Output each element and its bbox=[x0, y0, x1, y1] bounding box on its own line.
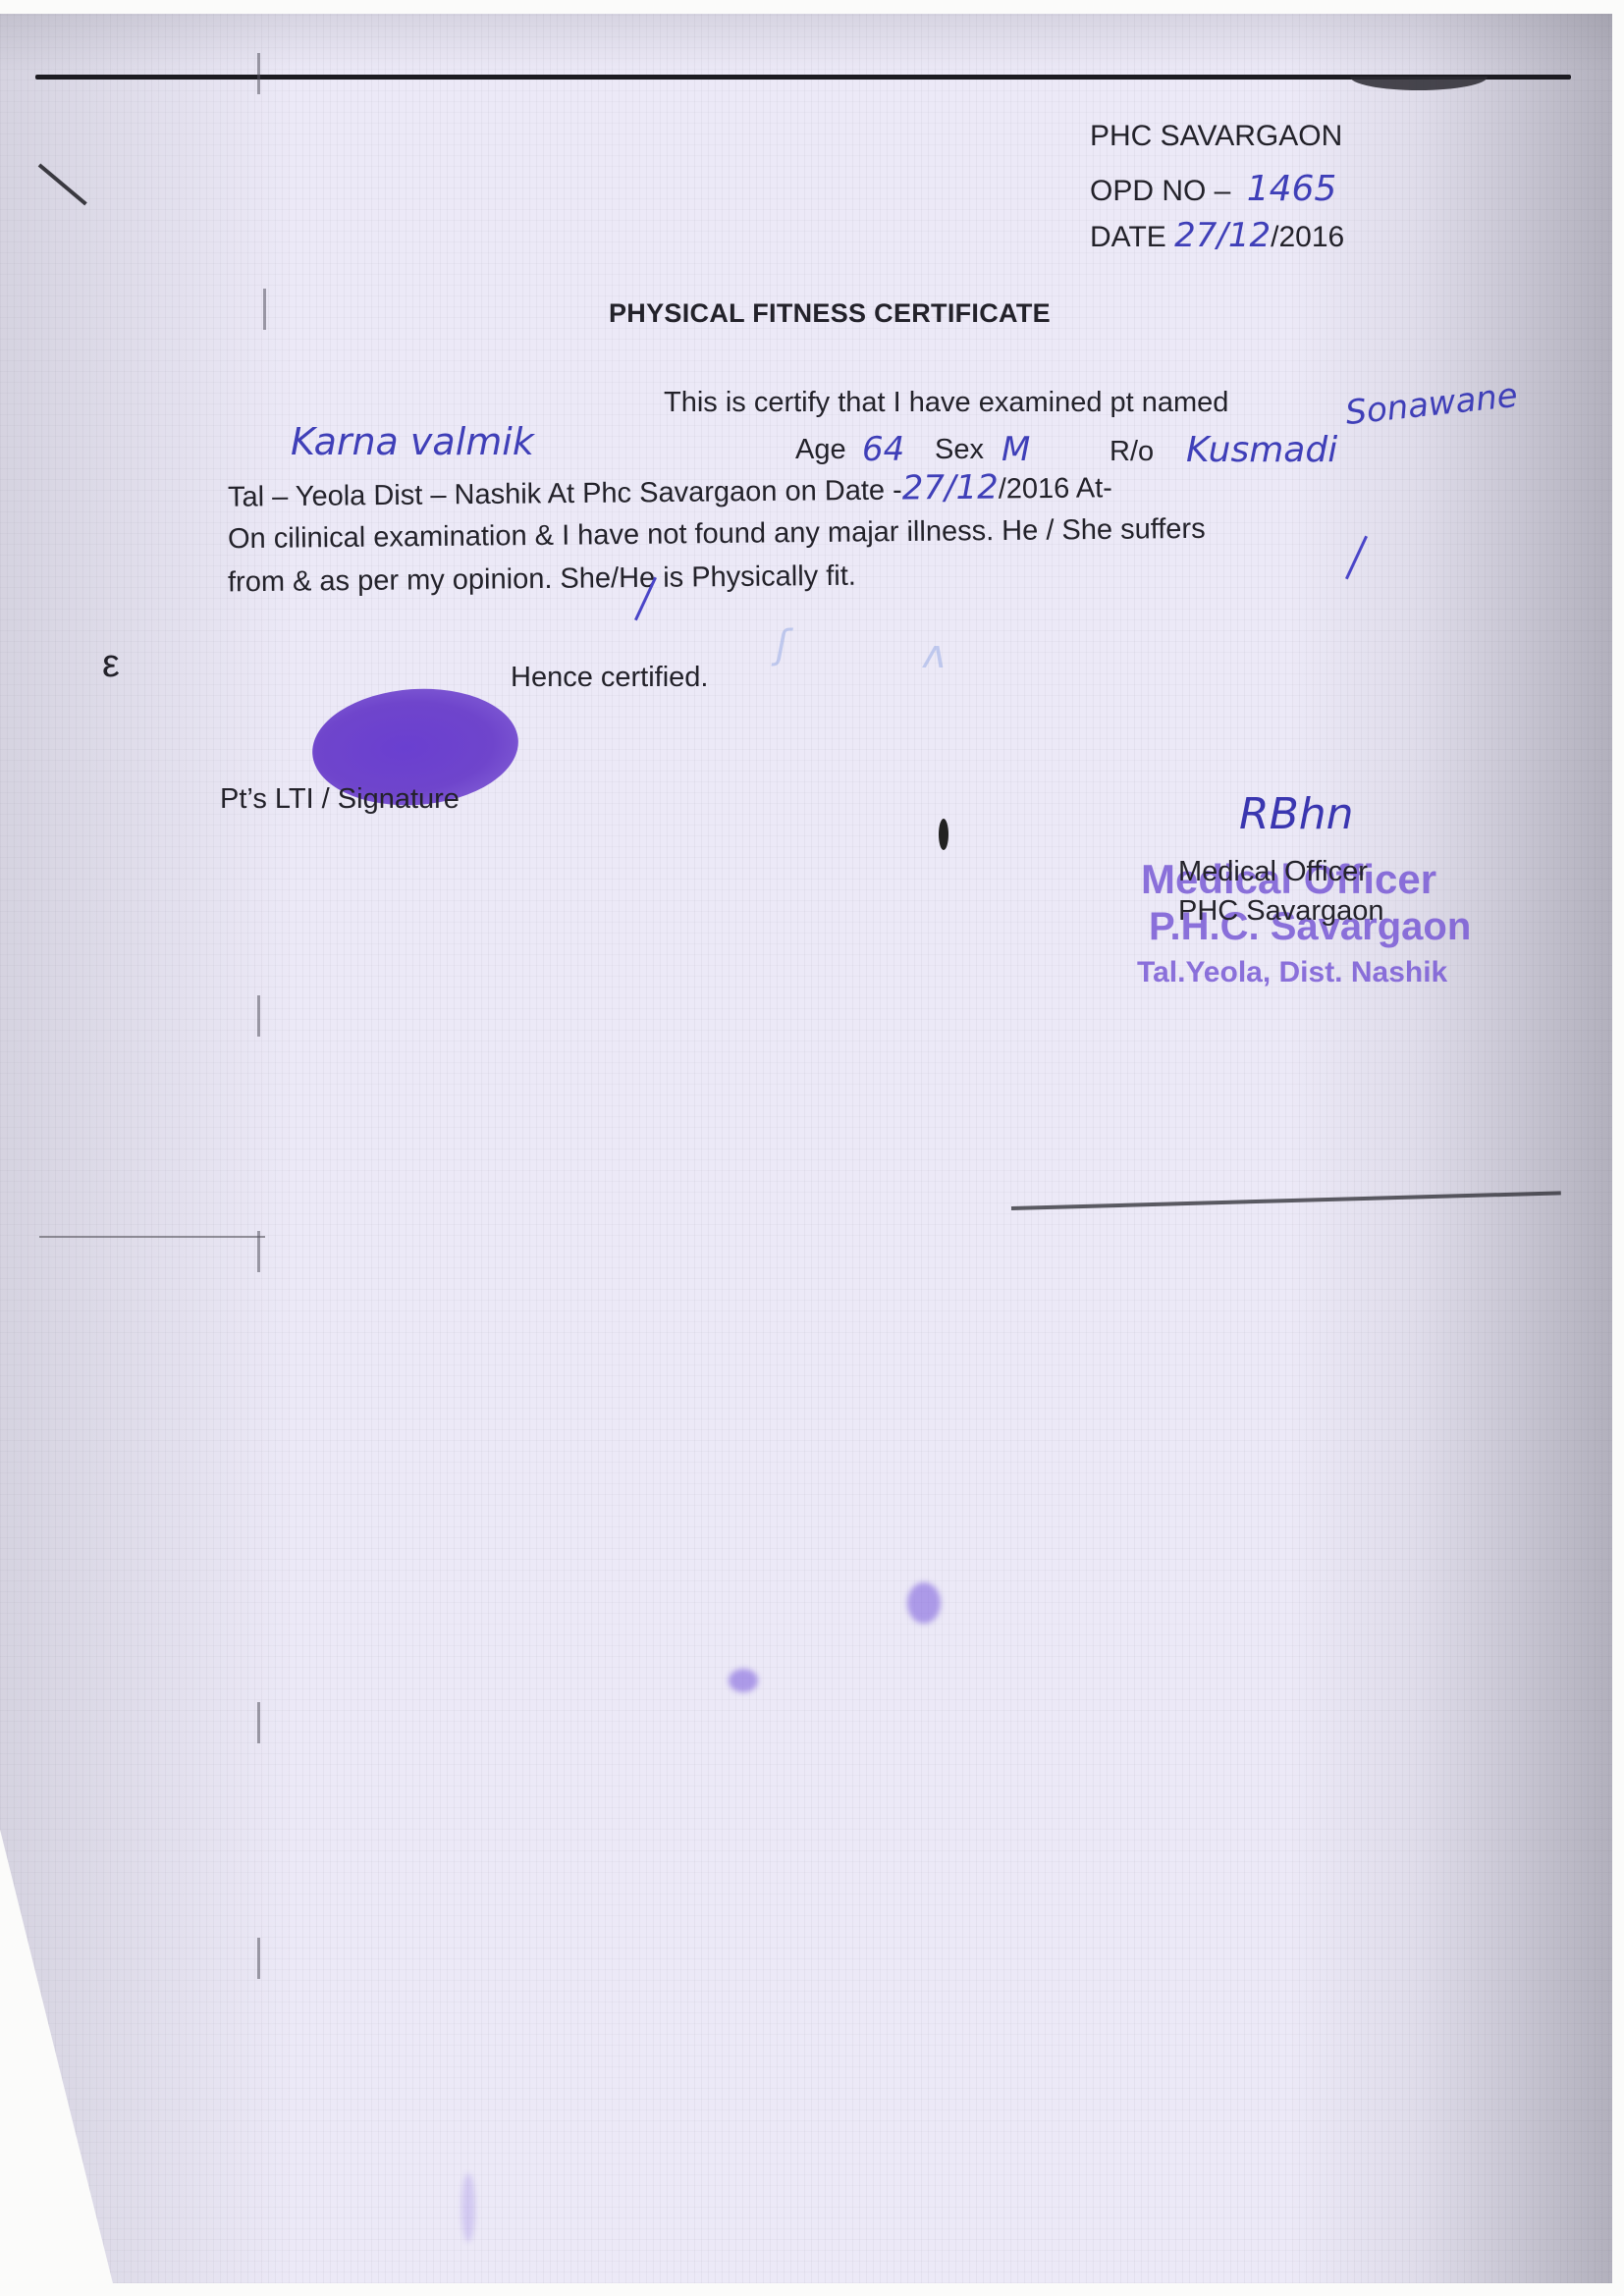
toner-smear bbox=[1350, 77, 1488, 90]
margin-handwritten-mark: ε bbox=[102, 642, 120, 686]
date-year: /2016 bbox=[1271, 221, 1344, 253]
institution-name: PHC SAVARGAON bbox=[1090, 120, 1342, 153]
certify-line: This is certify that I have examined pt … bbox=[664, 387, 1228, 419]
sex-value: M bbox=[1001, 430, 1030, 469]
staple-mark bbox=[257, 1231, 260, 1272]
exam-date-handwritten: 27/12 bbox=[902, 468, 999, 508]
top-shadow bbox=[0, 14, 1612, 73]
patient-signature-label: Pt’s LTI / Signature bbox=[220, 783, 460, 816]
age-label: Age bbox=[795, 434, 846, 466]
officer-title: Medical Officer bbox=[1178, 856, 1368, 888]
examination-line: On cilinical examination & I have not fo… bbox=[228, 513, 1206, 556]
date-handwritten: 27/12 bbox=[1174, 216, 1271, 255]
age-value: 64 bbox=[862, 430, 904, 469]
ink-smudge bbox=[461, 2173, 475, 2242]
certificate-title: PHYSICAL FITNESS CERTIFICATE bbox=[609, 298, 1051, 329]
location-text: Tal – Yeola Dist – Nashik At Phc Savarga… bbox=[228, 475, 902, 513]
sex-label: Sex bbox=[935, 434, 984, 466]
staple-mark bbox=[257, 995, 260, 1037]
officer-place: PHC Savargaon bbox=[1178, 895, 1384, 928]
staple-mark bbox=[257, 53, 260, 94]
patient-name: Karna valmik bbox=[291, 420, 534, 463]
residence-label: R/o bbox=[1110, 436, 1154, 468]
stamp-line-3: Tal.Yeola, Dist. Nashik bbox=[1137, 956, 1447, 989]
faint-pencil-mark: ʃ bbox=[776, 622, 788, 667]
left-shadow bbox=[0, 14, 295, 2283]
right-shadow bbox=[1288, 14, 1612, 2283]
scratch-line bbox=[1011, 1191, 1561, 1210]
staple-mark bbox=[257, 1938, 260, 1979]
faint-pencil-mark: ʌ bbox=[923, 632, 947, 677]
top-rule-line bbox=[35, 75, 1571, 80]
staple-mark bbox=[257, 1702, 260, 1743]
date-label: DATE bbox=[1090, 221, 1166, 253]
certificate-page: PHC SAVARGAON OPD NO – 1465 DATE 27/12/2… bbox=[0, 14, 1612, 2283]
hence-certified: Hence certified. bbox=[511, 662, 709, 694]
photocopy-noise bbox=[0, 14, 1612, 2283]
exam-date-suffix: /2016 At- bbox=[999, 472, 1112, 505]
residence-value: Kusmadi bbox=[1186, 430, 1337, 470]
margin-slash-mark bbox=[38, 163, 87, 205]
toner-spot bbox=[939, 819, 948, 850]
scratch-line bbox=[39, 1236, 265, 1238]
ink-smudge bbox=[729, 1669, 758, 1692]
ink-smudge bbox=[907, 1582, 941, 1624]
patient-surname: Sonawane bbox=[1343, 376, 1519, 433]
strikethrough-she bbox=[1345, 536, 1368, 580]
opd-number-row: OPD NO – 1465 bbox=[1090, 169, 1336, 209]
opd-label: OPD NO – bbox=[1090, 175, 1230, 207]
opinion-line: from & as per my opinion. She/He is Phys… bbox=[228, 561, 856, 600]
staple-mark bbox=[263, 289, 266, 330]
opd-number: 1465 bbox=[1247, 169, 1337, 209]
officer-signature: RBhn bbox=[1239, 789, 1354, 839]
date-row: DATE 27/12/2016 bbox=[1090, 216, 1344, 255]
location-line: Tal – Yeola Dist – Nashik At Phc Savarga… bbox=[228, 466, 1112, 514]
